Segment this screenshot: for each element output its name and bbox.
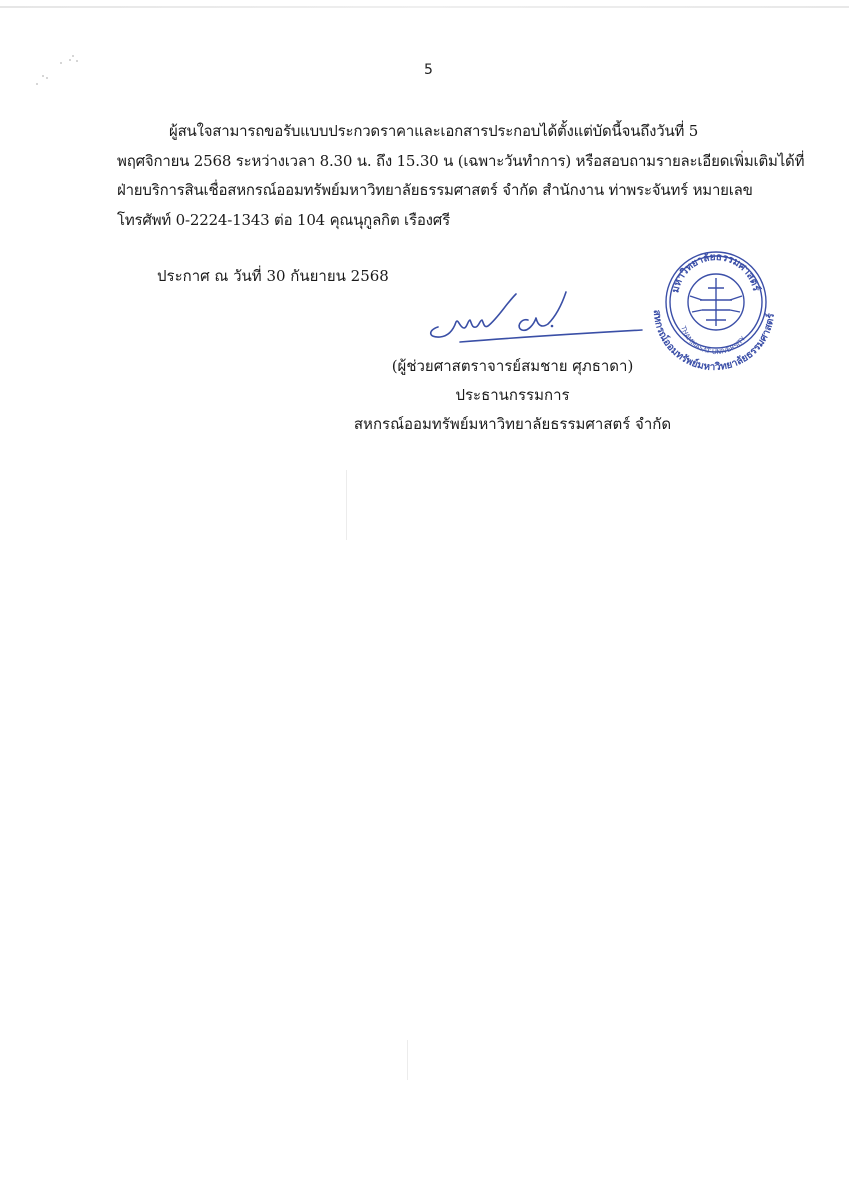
- scan-artifact: [407, 1040, 408, 1080]
- paragraph-line: ผู้สนใจสามารถขอรับแบบประกวดราคาและเอกสาร…: [117, 117, 767, 147]
- signatory-position: ประธานกรรมการ: [300, 381, 725, 410]
- paragraph-line: โทรศัพท์ 0-2224-1343 ต่อ 104 คุณนุกูลกิต…: [117, 206, 767, 236]
- signature-block: (ผู้ช่วยศาสตราจารย์สมชาย ศุภธาดา) ประธาน…: [300, 352, 725, 439]
- body-paragraph: ผู้สนใจสามารถขอรับแบบประกวดราคาและเอกสาร…: [117, 117, 767, 235]
- announcement-date: ประกาศ ณ วันที่ 30 กันยายน 2568: [157, 264, 389, 288]
- paragraph-line: ฝ่ายบริการสินเชื่อสหกรณ์ออมทรัพย์มหาวิทย…: [117, 176, 767, 206]
- scan-top-edge: [0, 6, 849, 8]
- paragraph-line: พฤศจิกายน 2568 ระหว่างเวลา 8.30 น. ถึง 1…: [117, 147, 767, 177]
- signature-image: [420, 282, 650, 352]
- page-number: 5: [424, 62, 433, 78]
- signatory-organization: สหกรณ์ออมทรัพย์มหาวิทยาลัยธรรมศาสตร์ จำก…: [300, 410, 725, 439]
- scan-artifact: [346, 470, 347, 540]
- scan-specks: [36, 55, 86, 85]
- signatory-name: (ผู้ช่วยศาสตราจารย์สมชาย ศุภธาดา): [300, 352, 725, 381]
